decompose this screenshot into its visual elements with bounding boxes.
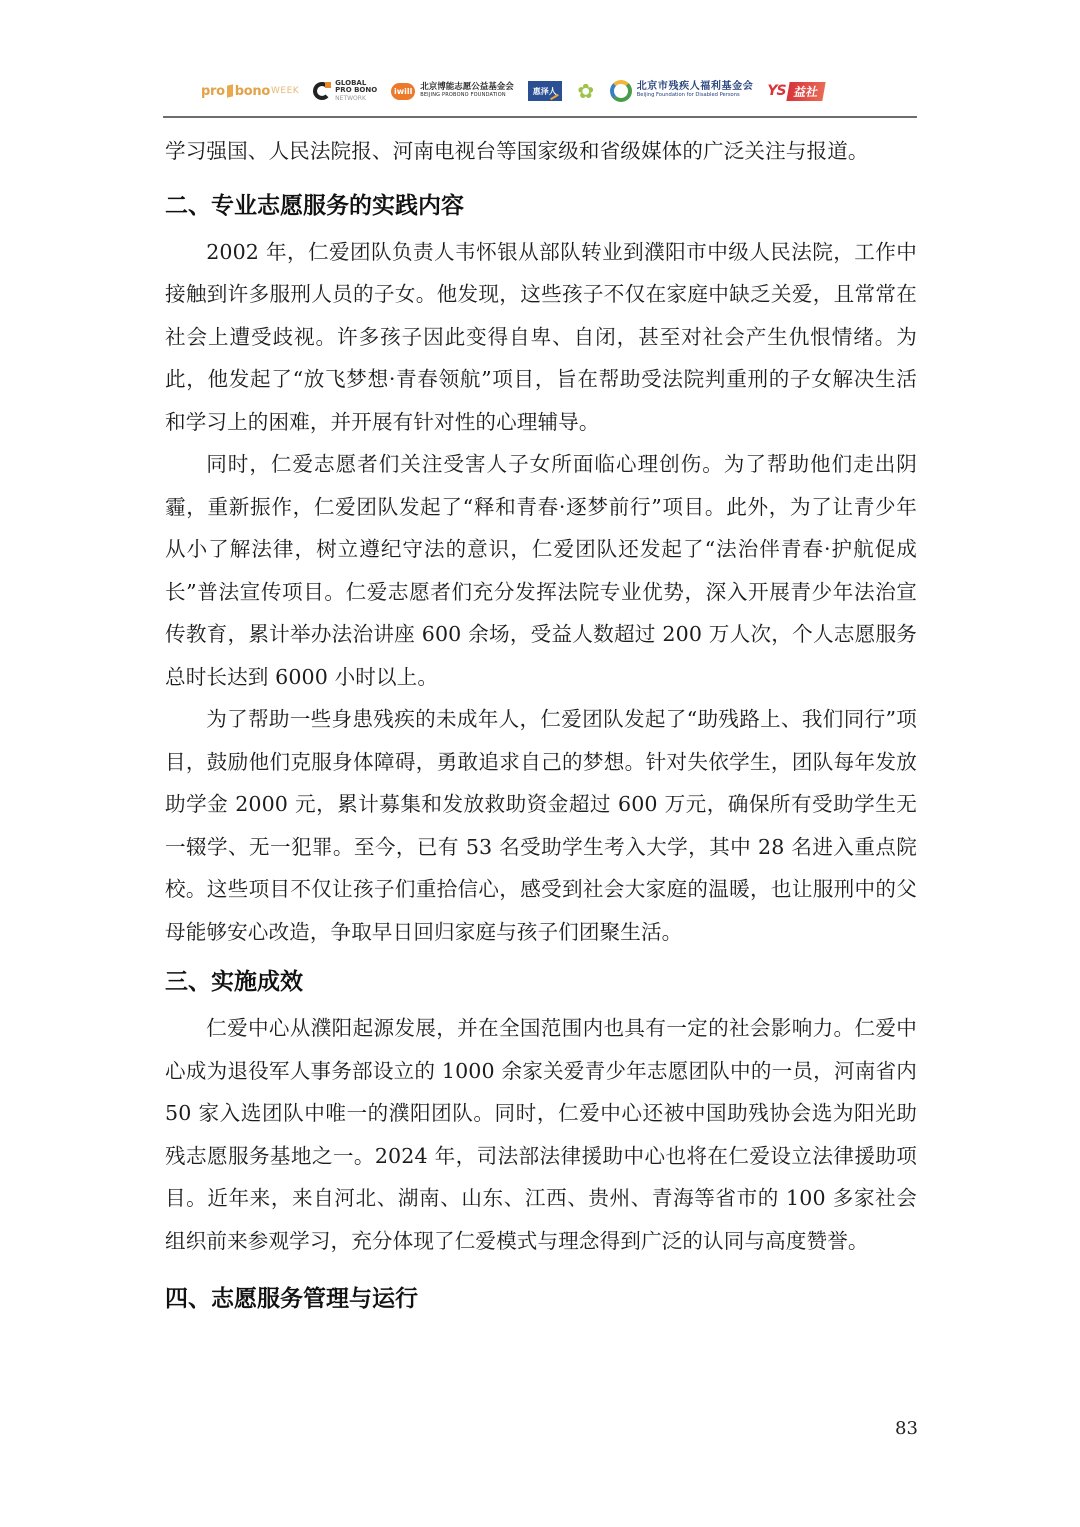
logo-text: bono [235,84,270,99]
paragraph-continued: 学习强国、人民法院报、河南电视台等国家级和省级媒体的广泛关注与报道。 [165,130,917,173]
circle-emblem-icon [610,80,632,102]
paragraph: 同时，仁爱志愿者们关注受害人子女所面临心理创伤。为了帮助他们走出阴霾，重新振作，… [165,443,917,698]
paragraph: 为了帮助一些身患残疾的未成年人，仁爱团队发起了“助残路上、我们同行”项目，鼓励他… [165,698,917,953]
document-body: 学习强国、人民法院报、河南电视台等国家级和省级媒体的广泛关注与报道。 二、专业志… [165,130,917,1314]
paragraph: 2002 年，仁爱团队负责人韦怀银从部队转业到濮阳市中级人民法院，工作中接触到许… [165,231,917,444]
beijing-disabled-foundation-logo: 北京市残疾人福利基金会 Beijing Foundation for Disab… [610,76,754,106]
section-heading-4: 四、志愿服务管理与运行 [165,1284,917,1314]
logo-text: PRO BONO [335,87,377,95]
logo-text: YS [767,83,785,99]
iwill-badge-icon: iwill [391,83,415,100]
green-figure-logo: ✿ [576,76,596,106]
logo-text: 北京市残疾人福利基金会 [637,83,754,91]
pro-bono-week-logo: probonoWEEK [201,76,299,106]
flag-icon [227,84,233,98]
huize-logo: 惠泽人 [528,76,562,106]
sponsor-logos: probonoWEEK GLOBAL PRO BONO NETWORK iwil… [201,76,824,106]
logo-text: 惠泽人 [528,81,562,101]
header-divider [163,116,917,118]
ring-icon [313,82,331,100]
logo-subtext: NETWORK [335,95,377,103]
paragraph: 仁爱中心从濮阳起源发展，并在全国范围内也具有一定的社会影响力。仁爱中心成为退役军… [165,1007,917,1262]
logo-subtext: WEEK [271,86,299,96]
logo-text: 益社 [786,82,825,101]
beijing-probono-foundation-logo: iwill 北京博能志愿公益基金会 BEIJING PROBONO FOUNDA… [391,76,514,106]
page-header: probonoWEEK GLOBAL PRO BONO NETWORK iwil… [163,70,917,118]
logo-text: pro [201,84,225,99]
global-pro-bono-network-logo: GLOBAL PRO BONO NETWORK [313,76,377,106]
logo-subtext: BEIJING PROBONO FOUNDATION [420,91,514,99]
logo-text: 北京博能志愿公益基金会 [420,83,514,91]
logo-subtext: Beijing Foundation for Disabled Persons [637,91,754,99]
page-number: 83 [895,1418,918,1439]
figure-icon: ✿ [576,80,596,102]
ys-yishe-logo: YS 益社 [767,76,823,106]
section-heading-3: 三、实施成效 [165,967,917,997]
section-heading-2: 二、专业志愿服务的实践内容 [165,191,917,221]
